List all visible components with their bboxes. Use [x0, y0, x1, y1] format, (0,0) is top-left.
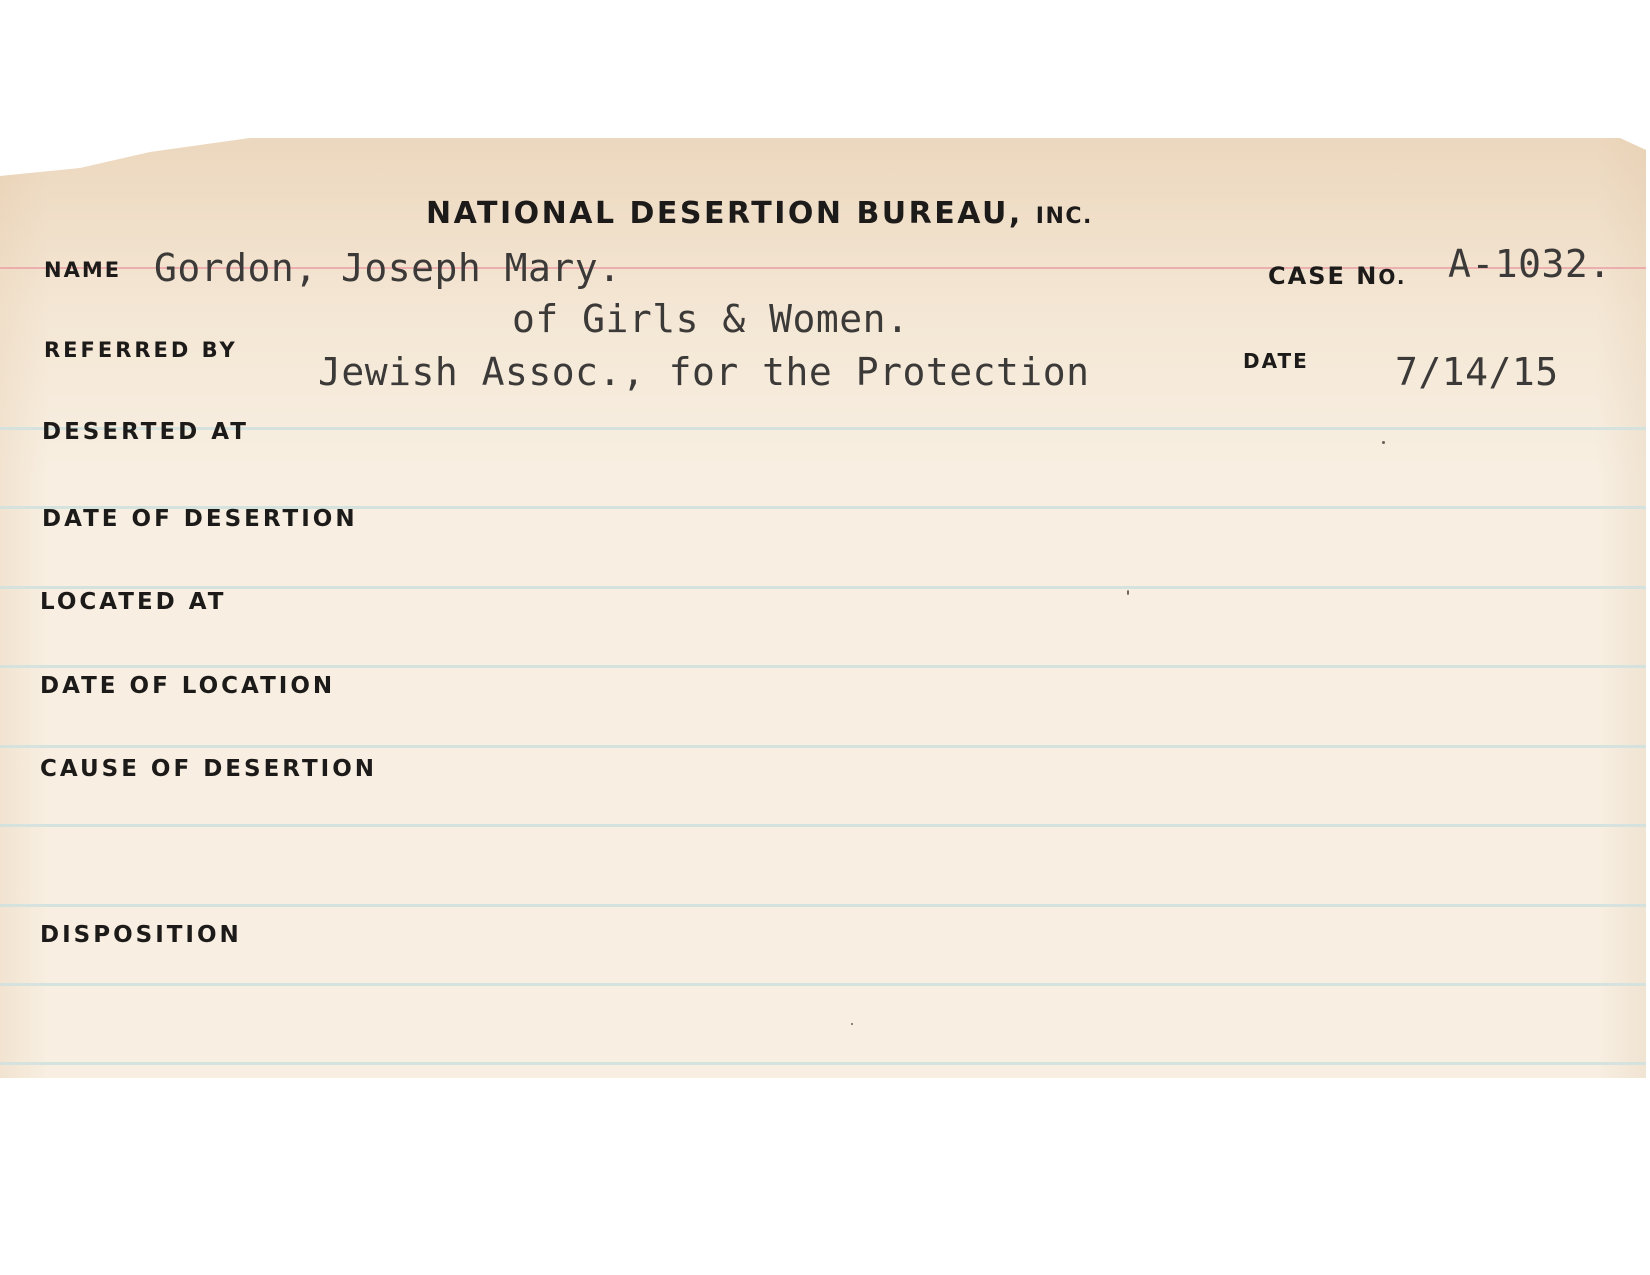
deserted-at-field[interactable]: [300, 392, 1620, 432]
case-no-value[interactable]: A-1032.: [1448, 242, 1612, 286]
date-of-location-label: DATE OF LOCATION: [40, 673, 335, 699]
referred-by-value-line1[interactable]: of Girls & Women.: [512, 297, 909, 341]
card-title: NATIONAL DESERTION BUREAU, INC.: [426, 196, 1093, 231]
organization-name: NATIONAL DESERTION BUREAU,: [426, 196, 1023, 231]
ruled-line: [0, 824, 1646, 827]
cause-of-desertion-label: CAUSE OF DESERTION: [40, 756, 377, 782]
case-no-label: CASE NO.: [1268, 262, 1406, 290]
disposition-field[interactable]: [280, 866, 1620, 906]
date-value[interactable]: 7/14/15: [1395, 350, 1559, 394]
disposition-label: DISPOSITION: [40, 922, 242, 948]
paper-speck: [1127, 590, 1129, 595]
date-of-desertion-field[interactable]: [430, 470, 1620, 510]
referred-by-label: REFERRED BY: [44, 338, 238, 362]
name-label: NAME: [44, 258, 121, 282]
date-of-desertion-label: DATE OF DESERTION: [42, 506, 358, 532]
referred-by-value-line2[interactable]: Jewish Assoc., for the Protection: [318, 350, 1089, 394]
ruled-line: [0, 1062, 1646, 1065]
organization-suffix: INC.: [1036, 204, 1093, 229]
cause-of-desertion-field[interactable]: [450, 706, 1620, 746]
located-at-field[interactable]: [290, 550, 1620, 590]
date-of-location-field[interactable]: [410, 628, 1620, 668]
paper-speck: [1382, 441, 1385, 444]
date-label: DATE: [1243, 349, 1309, 373]
ruled-line: [0, 983, 1646, 986]
paper-speck: [851, 1023, 853, 1025]
located-at-label: LOCATED AT: [40, 589, 227, 615]
name-value[interactable]: Gordon, Joseph Mary.: [154, 246, 622, 290]
deserted-at-label: DESERTED AT: [42, 419, 249, 445]
